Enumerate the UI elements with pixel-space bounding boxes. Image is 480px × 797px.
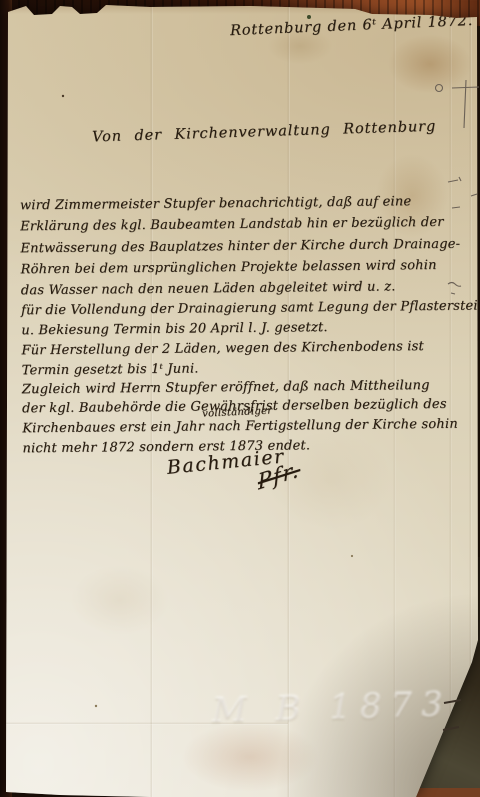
body-line: wird Zimmermeister Stupfer benachrichtig… xyxy=(20,194,412,213)
photo-of-letter: Rottenburg den 6ᵗ April 1872. Von der Ki… xyxy=(0,0,480,797)
interline-insertion: vollständiger xyxy=(202,405,273,419)
body-line: das Wasser nach den neuen Läden abgeleit… xyxy=(21,279,396,298)
paper-sheet: Rottenburg den 6ᵗ April 1872. Von der Ki… xyxy=(0,0,480,797)
body-line: Für Herstellung der 2 Läden, wegen des K… xyxy=(21,339,424,358)
body-line: Zugleich wird Herrn Stupfer eröffnet, da… xyxy=(22,378,430,397)
letter-body: wird Zimmermeister Stupfer benachrichtig… xyxy=(0,0,480,797)
body-line: Termin gesetzt bis 1ᵗ Juni. xyxy=(22,361,199,378)
body-line: Entwässerung des Bauplatzes hinter der K… xyxy=(20,237,460,257)
paper-sheet-wrap: Rottenburg den 6ᵗ April 1872. Von der Ki… xyxy=(0,0,480,797)
body-line: u. Bekiesung Termin bis 20 April l. J. g… xyxy=(21,320,328,338)
body-line: für die Vollendung der Drainagierung sam… xyxy=(21,298,480,318)
embossed-watermark: M B 1873 xyxy=(212,685,453,731)
body-line: Röhren bei dem ursprünglichen Projekte b… xyxy=(21,258,437,277)
body-line: Kirchenbaues erst ein Jahr nach Fertigst… xyxy=(22,417,458,437)
body-line: Erklärung des kgl. Baubeamten Landstab h… xyxy=(20,215,444,234)
